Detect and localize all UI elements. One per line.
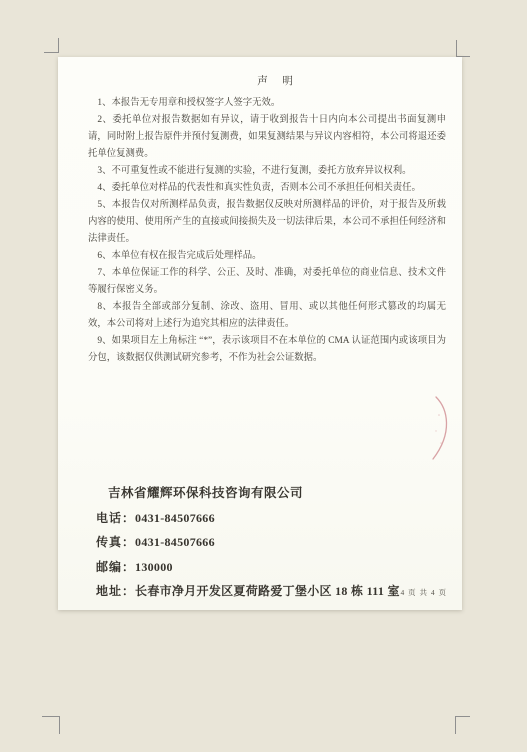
postcode-value: 130000	[135, 560, 173, 574]
clause-4: 4、委托单位对样品的代表性和真实性负责，否则本公司不承担任何相关责任。	[88, 180, 446, 197]
clause-3: 3、不可重复性或不能进行复测的实验，不进行复测，委托方放弃异议权利。	[88, 163, 446, 180]
company-name: 吉林省耀辉环保科技咨询有限公司	[108, 481, 400, 506]
crop-mark-bottom-right	[455, 716, 470, 734]
clause-5: 5、本报告仅对所测样品负责，报告数据仅反映对所测样品的评价，对于报告及所载内容的…	[88, 197, 446, 248]
address-line: 地址：长春市净月开发区夏荷路爱丁堡小区 18 栋 111 室	[96, 579, 400, 604]
fax-label: 传真：	[96, 535, 135, 549]
phone-line: 电话：0431-84507666	[96, 506, 400, 531]
clause-1: 1、本报告无专用章和授权签字人签字无效。	[88, 95, 446, 112]
company-block: 吉林省耀辉环保科技咨询有限公司 电话：0431-84507666 传真：0431…	[96, 481, 400, 604]
clause-list: 1、本报告无专用章和授权签字人签字无效。 2、委托单位对报告数据如有异议，请于收…	[58, 95, 462, 367]
postcode-label: 邮编：	[96, 560, 135, 574]
fax-line: 传真：0431-84507666	[96, 530, 400, 555]
crop-mark-top-left	[44, 38, 59, 53]
red-seal-edge-icon	[428, 393, 458, 465]
address-label: 地址：	[96, 584, 135, 598]
page-number: 第 4 页 共 4 页	[389, 587, 447, 598]
clause-7: 7、本单位保证工作的科学、公正、及时、准确，对委托单位的商业信息、技术文件等履行…	[88, 265, 446, 299]
phone-label: 电话：	[96, 511, 135, 525]
fax-value: 0431-84507666	[135, 535, 215, 549]
page-title: 声 明	[74, 73, 478, 88]
paper-sheet: 声 明 1、本报告无专用章和授权签字人签字无效。 2、委托单位对报告数据如有异议…	[58, 57, 462, 610]
address-value: 长春市净月开发区夏荷路爱丁堡小区 18 栋 111 室	[135, 584, 400, 598]
postcode-line: 邮编：130000	[96, 555, 400, 580]
crop-mark-bottom-left	[42, 716, 60, 734]
phone-value: 0431-84507666	[135, 511, 215, 525]
clause-9: 9、如果项目左上角标注 “*”，表示该项目不在本单位的 CMA 认证范围内或该项…	[88, 333, 446, 367]
clause-2: 2、委托单位对报告数据如有异议，请于收到报告十日内向本公司提出书面复测申请，同时…	[88, 112, 446, 163]
crop-mark-top-right	[456, 40, 470, 57]
clause-8: 8、本报告全部或部分复制、涂改、盗用、冒用、或以其他任何形式篡改的均属无效，本公…	[88, 299, 446, 333]
clause-6: 6、本单位有权在报告完成后处理样品。	[88, 248, 446, 265]
scanned-report-page: 声 明 1、本报告无专用章和授权签字人签字无效。 2、委托单位对报告数据如有异议…	[0, 0, 527, 752]
